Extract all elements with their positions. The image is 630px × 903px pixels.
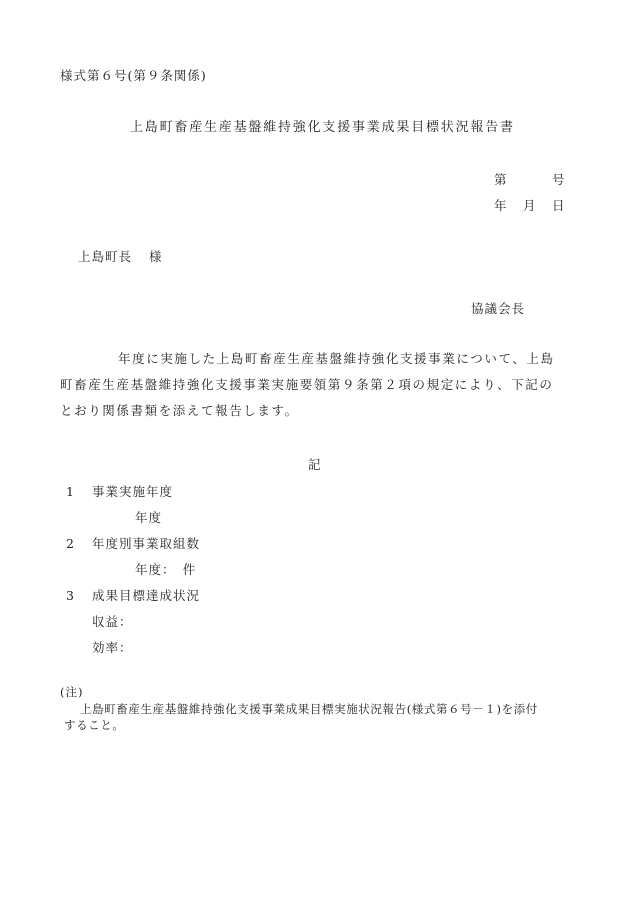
item-sub: 年度： 件 (135, 562, 196, 578)
item-heading: 事業実施年度 (92, 484, 173, 500)
date-year: 年 (494, 198, 508, 214)
number-prefix: 第 (494, 172, 508, 188)
item-number: 2 (66, 536, 75, 552)
body-line: 町畜産生産基盤維持強化支援事業実施要領第９条第２項の規定により、下記の (60, 372, 580, 398)
date-month: 月 (523, 198, 537, 214)
body-line: とおり関係書類を添えて報告します。 (60, 398, 580, 424)
sender: 協議会長 (471, 301, 525, 317)
item-sub: 年度 (135, 510, 162, 526)
form-label: 様式第６号(第９条関係) (60, 68, 207, 84)
body-line: 年度に実施した上島町畜産生産基盤維持強化支援事業について、上島 (60, 346, 580, 372)
item-heading: 年度別事業取組数 (92, 536, 200, 552)
item-sub: 効率： (92, 640, 133, 656)
item-sub: 収益： (92, 614, 133, 630)
addressee-honorific: 様 (149, 249, 163, 265)
addressee-name: 上島町長 (78, 249, 132, 265)
note-line: 上島町畜産生産基盤維持強化支援事業成果目標実施状況報告(様式第６号－１)を添付 (80, 701, 538, 717)
note-label: (注) (60, 684, 83, 700)
number-suffix: 号 (552, 172, 566, 188)
item-number: 3 (66, 588, 75, 604)
item-heading: 成果目標達成状況 (92, 588, 200, 604)
body-paragraph: 年度に実施した上島町畜産生産基盤維持強化支援事業について、上島 町畜産生産基盤維… (60, 346, 580, 424)
note-line: すること。 (64, 717, 125, 733)
date-day: 日 (552, 198, 566, 214)
item-number: 1 (66, 484, 75, 500)
ki-heading: 記 (308, 457, 322, 473)
document-title: 上島町畜産生産基盤維持強化支援事業成果目標状況報告書 (130, 120, 515, 136)
